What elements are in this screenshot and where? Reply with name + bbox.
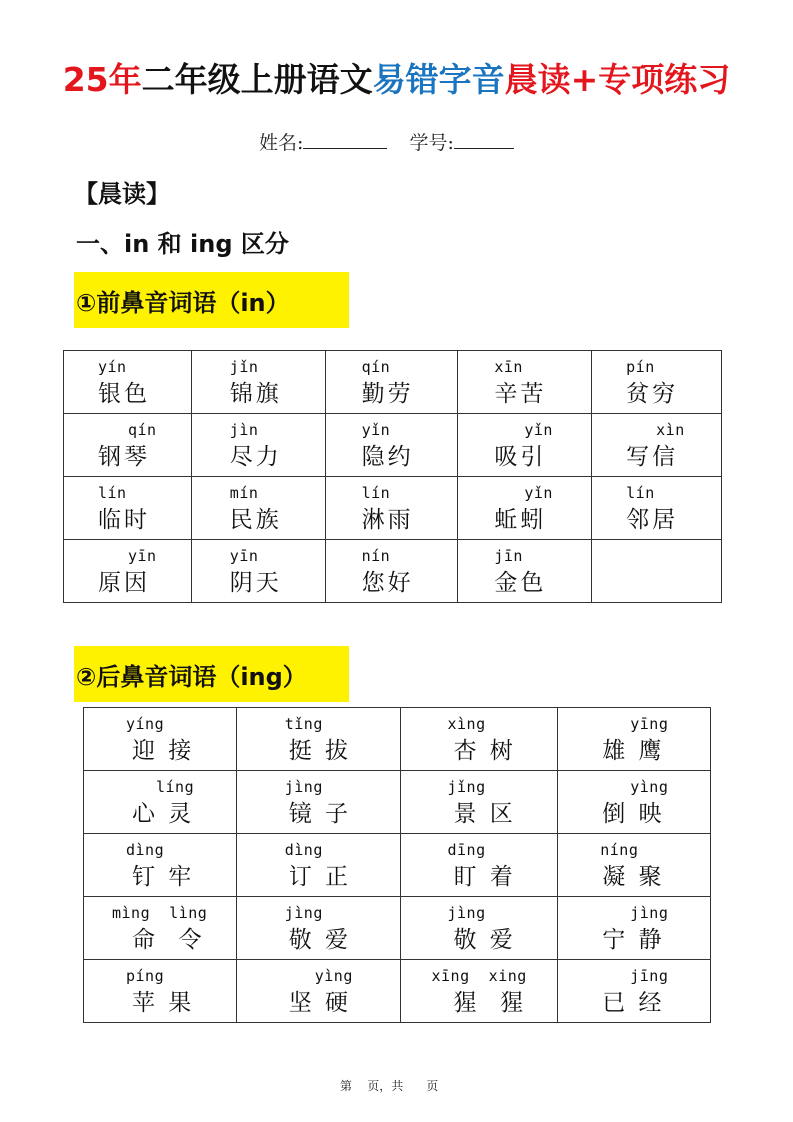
word-cell: jìng敬 爱	[236, 897, 401, 960]
front-nasal-word-table: yín银色jǐn锦旗qín勤劳xīn辛苦pín贫穷qín钢琴jìn尽力yǐn隐约…	[63, 350, 722, 603]
chinese-word: 蚯蚓	[494, 501, 546, 534]
chinese-word: 挺 拔	[289, 732, 351, 765]
footer-page-label: 第	[340, 1079, 352, 1093]
table-row: yīn原因yīn阴天nín您好jīn金色	[64, 540, 722, 603]
chinese-word: 金色	[494, 564, 546, 597]
word-cell: yīng雄 鹰	[558, 708, 711, 771]
word-cell: jǐn锦旗	[191, 351, 325, 414]
pinyin: xìn	[656, 421, 685, 439]
word-cell: jìn尽力	[191, 414, 325, 477]
pinyin: yíng	[126, 715, 164, 733]
word-cell: dīng盯 着	[401, 834, 558, 897]
chinese-word: 迎 接	[132, 732, 194, 765]
word-cell: jīng已 经	[558, 960, 711, 1023]
section-heading: 一、in 和 ing 区分	[76, 224, 289, 259]
word-cell: mìng lìng命 令	[84, 897, 237, 960]
chinese-word: 阴天	[230, 564, 282, 597]
chinese-word: 景 区	[453, 795, 515, 828]
word-cell: yīn阴天	[191, 540, 325, 603]
pinyin: píng	[126, 967, 164, 985]
chinese-word: 钉 牢	[132, 858, 194, 891]
chinese-word: 隐约	[362, 438, 414, 471]
student-id-label: 学号:	[409, 132, 453, 154]
pinyin: lín	[626, 484, 655, 502]
table-row: yín银色jǐn锦旗qín勤劳xīn辛苦pín贫穷	[64, 351, 722, 414]
chinese-word: 盯 着	[453, 858, 515, 891]
pinyin: xìng	[447, 715, 485, 733]
chinese-word: 心 灵	[132, 795, 194, 828]
pinyin: dīng	[447, 841, 485, 859]
word-cell: xīn辛苦	[458, 351, 592, 414]
chinese-word: 临时	[98, 501, 150, 534]
chinese-word: 苹 果	[132, 984, 194, 1017]
word-cell: yìng倒 映	[558, 771, 711, 834]
word-cell: yíng迎 接	[84, 708, 237, 771]
word-cell	[592, 540, 722, 603]
chinese-word: 锦旗	[230, 375, 282, 408]
chinese-word: 镜 子	[289, 795, 351, 828]
pinyin: dìng	[126, 841, 164, 859]
pinyin: jīn	[494, 547, 523, 565]
chinese-word: 贫穷	[626, 375, 678, 408]
pinyin: dìng	[285, 841, 323, 859]
word-cell: yín银色	[64, 351, 192, 414]
pinyin: lín	[98, 484, 127, 502]
pinyin: pín	[626, 358, 655, 376]
word-cell: yǐn隐约	[325, 414, 458, 477]
pinyin: yìng	[630, 778, 668, 796]
pinyin: mìng lìng	[112, 904, 207, 922]
chinese-word: 宁 静	[602, 921, 664, 954]
chinese-word: 猩 猩	[453, 984, 526, 1017]
name-blank-field[interactable]	[303, 131, 387, 149]
chinese-word: 您好	[362, 564, 414, 597]
title-practice: 晨读+专项练习	[505, 60, 731, 99]
chinese-word: 钢琴	[98, 438, 150, 471]
chinese-word: 勤劳	[362, 375, 414, 408]
word-cell: píng苹 果	[84, 960, 237, 1023]
pinyin: jìn	[230, 421, 259, 439]
pinyin: yǐn	[524, 421, 553, 439]
word-cell: xīng xing猩 猩	[401, 960, 558, 1023]
word-cell: dìng钉 牢	[84, 834, 237, 897]
pinyin: jìng	[447, 904, 485, 922]
chinese-word: 凝 聚	[602, 858, 664, 891]
word-cell: líng心 灵	[84, 771, 237, 834]
pinyin: líng	[156, 778, 194, 796]
chinese-word: 淋雨	[362, 501, 414, 534]
chinese-word: 敬 爱	[453, 921, 515, 954]
page-footer: 第 页，共 页	[340, 1077, 438, 1094]
morning-reading-label: 【晨读】	[74, 174, 170, 209]
word-cell: dìng订 正	[236, 834, 401, 897]
word-cell: lín邻居	[592, 477, 722, 540]
pinyin: yǐn	[362, 421, 391, 439]
chinese-word: 写信	[626, 438, 678, 471]
table-row: píng苹 果yìng坚 硬xīng xing猩 猩jīng已 经	[84, 960, 711, 1023]
table-row: dìng钉 牢dìng订 正dīng盯 着níng凝 聚	[84, 834, 711, 897]
chinese-word: 敬 爱	[289, 921, 351, 954]
word-cell: qín勤劳	[325, 351, 458, 414]
pinyin: jìng	[285, 904, 323, 922]
pinyin: jìng	[630, 904, 668, 922]
pinyin: tǐng	[285, 715, 323, 733]
pinyin: xīn	[494, 358, 523, 376]
chinese-word: 吸引	[494, 438, 546, 471]
name-label: 姓名:	[259, 132, 303, 154]
chinese-word: 订 正	[289, 858, 351, 891]
word-cell: xìn写信	[592, 414, 722, 477]
pinyin: yín	[98, 358, 127, 376]
pinyin: jǐng	[447, 778, 485, 796]
pinyin: mín	[230, 484, 259, 502]
chinese-word: 坚 硬	[289, 984, 351, 1017]
word-cell: jìng宁 静	[558, 897, 711, 960]
back-nasal-word-table: yíng迎 接tǐng挺 拔xìng杏 树yīng雄 鹰líng心 灵jìng镜…	[83, 707, 711, 1023]
table-row: yíng迎 接tǐng挺 拔xìng杏 树yīng雄 鹰	[84, 708, 711, 771]
word-cell: mín民族	[191, 477, 325, 540]
word-cell: tǐng挺 拔	[236, 708, 401, 771]
footer-page-end: 页	[426, 1079, 438, 1093]
pinyin: nín	[362, 547, 391, 565]
word-cell: lín淋雨	[325, 477, 458, 540]
title-grade: 二年级上册语文	[142, 60, 373, 99]
pinyin: yǐn	[524, 484, 553, 502]
pinyin: yīn	[230, 547, 259, 565]
table-row: lín临时mín民族lín淋雨yǐn蚯蚓lín邻居	[64, 477, 722, 540]
chinese-word: 已 经	[602, 984, 664, 1017]
chinese-word: 雄 鹰	[602, 732, 664, 765]
document-title: 25年二年级上册语文易错字音晨读+专项练习	[0, 54, 793, 101]
word-cell: níng凝 聚	[558, 834, 711, 897]
chinese-word: 杏 树	[453, 732, 515, 765]
pinyin: jìng	[285, 778, 323, 796]
chinese-word: 尽力	[230, 438, 282, 471]
footer-page-mid: 页，共	[367, 1079, 403, 1093]
word-cell: nín您好	[325, 540, 458, 603]
word-cell: yǐn吸引	[458, 414, 592, 477]
table-row: qín钢琴jìn尽力yǐn隐约yǐn吸引xìn写信	[64, 414, 722, 477]
word-cell: yìng坚 硬	[236, 960, 401, 1023]
pinyin: qín	[362, 358, 391, 376]
front-nasal-subheading: ①前鼻音词语（in）	[74, 272, 349, 328]
back-nasal-subheading: ②后鼻音词语（ing）	[74, 646, 349, 702]
word-cell: lín临时	[64, 477, 192, 540]
pinyin: jǐn	[230, 358, 259, 376]
word-cell: xìng杏 树	[401, 708, 558, 771]
title-topic: 易错字音	[373, 60, 505, 99]
pinyin: jīng	[630, 967, 668, 985]
pinyin: lín	[362, 484, 391, 502]
word-cell: jìng敬 爱	[401, 897, 558, 960]
word-cell: jìng镜 子	[236, 771, 401, 834]
table-row: líng心 灵jìng镜 子jǐng景 区yìng倒 映	[84, 771, 711, 834]
table-row: mìng lìng命 令jìng敬 爱jìng敬 爱jìng宁 静	[84, 897, 711, 960]
word-cell: qín钢琴	[64, 414, 192, 477]
word-cell: yǐn蚯蚓	[458, 477, 592, 540]
word-cell: pín贫穷	[592, 351, 722, 414]
pinyin: qín	[128, 421, 157, 439]
student-info-row: 姓名: 学号:	[259, 128, 514, 155]
word-cell: yīn原因	[64, 540, 192, 603]
pinyin: níng	[600, 841, 638, 859]
chinese-word: 邻居	[626, 501, 678, 534]
pinyin: yīn	[128, 547, 157, 565]
chinese-word: 辛苦	[494, 375, 546, 408]
pinyin: yīng	[630, 715, 668, 733]
chinese-word: 原因	[98, 564, 150, 597]
student-id-blank-field[interactable]	[454, 131, 514, 149]
pinyin: yìng	[315, 967, 353, 985]
chinese-word: 命 令	[132, 921, 205, 954]
chinese-word: 倒 映	[602, 795, 664, 828]
pinyin: xīng xing	[431, 967, 526, 985]
word-cell: jǐng景 区	[401, 771, 558, 834]
title-year: 25年	[63, 60, 142, 99]
word-cell: jīn金色	[458, 540, 592, 603]
chinese-word: 民族	[230, 501, 282, 534]
chinese-word: 银色	[98, 375, 150, 408]
